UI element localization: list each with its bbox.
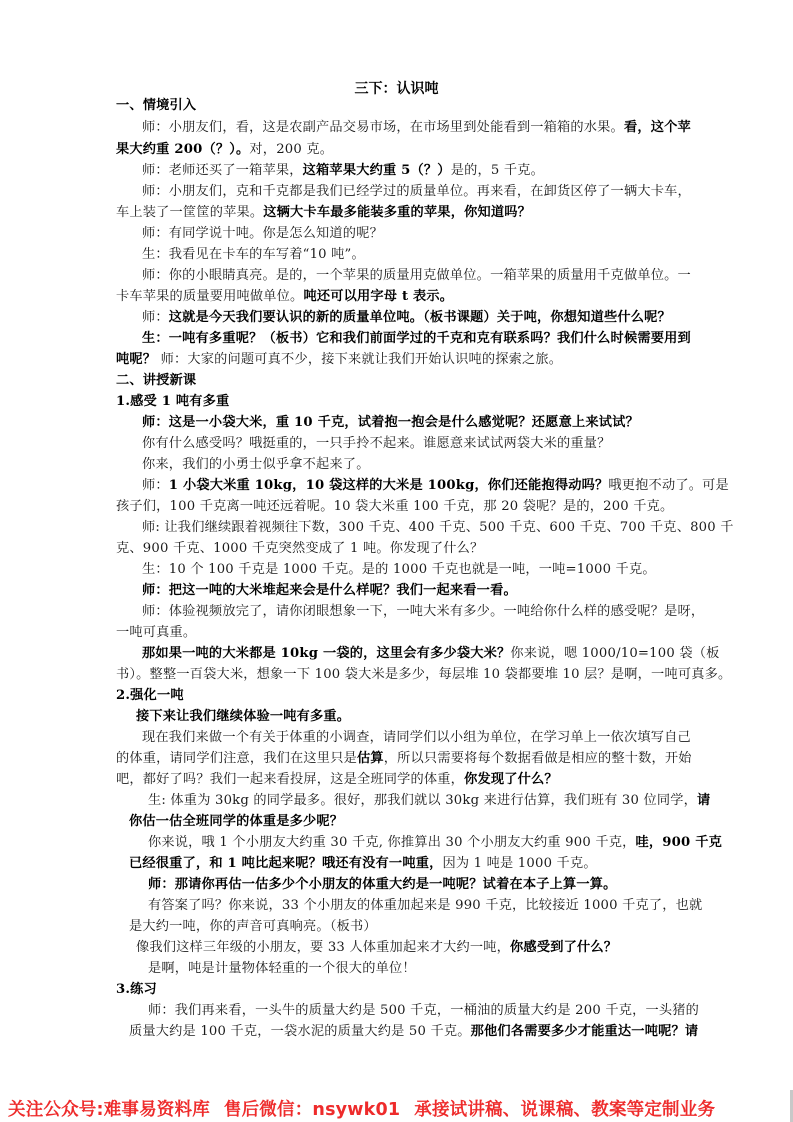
document-title: 三下：认识吨 — [0, 78, 793, 98]
paragraph-line: 吨呢？ 师：大家的问题可真不少，接下来就让我们开始认识吨的探索之旅。 — [116, 350, 562, 370]
bold-text: 1 小袋大米重 10kg，10 袋这样的大米是 100kg，你们还能抱得动吗？ — [169, 478, 609, 493]
promo-footer-banner: 关注公众号:难事易资料库售后微信：nsywk01承接试讲稿、说课稿、教案等定制业… — [8, 1096, 793, 1121]
text: 师：大家的问题可真不少，接下来就让我们开始认识吨的探索之旅。 — [156, 352, 562, 367]
text: 你来说，哦 1 个小朋友大约重 30 千克, 你推算出 30 个小朋友大约重 9… — [148, 835, 636, 850]
bold-text: 这辆大卡车最多能装多重的苹果，你知道吗？ — [263, 205, 531, 220]
text: 对，200 克。 — [249, 142, 333, 157]
paragraph-line: 孩子们，100 千克离一吨还远着呢。10 袋大米重 100 千克，那 20 袋呢… — [116, 497, 673, 517]
paragraph-line: 师：那请你再估一估多少个小朋友的体重大约是一吨呢？试着在本子上算一算。 — [148, 875, 617, 895]
text: 哦更抱不动了。可是 — [608, 478, 729, 493]
paragraph-line: 师：小朋友们，看，这是农副产品交易市场，在市场里到处能看到一箱箱的水果。看，这个… — [142, 118, 691, 138]
bold-text: 你发现了什么？ — [464, 772, 558, 787]
paragraph-line: 师：这是一小袋大米，重 10 千克，试着抱一抱会是什么感觉呢？还愿意上来试试？ — [142, 413, 639, 433]
text: ，所以只需要将每个数据看做是相应的整十数，开始 — [384, 751, 692, 766]
text: 师：小朋友们，看，这是农副产品交易市场，在市场里到处能看到一箱箱的水果。 — [142, 120, 624, 135]
paragraph-line: 克、900 千克、1000 千克突然变成了 1 吨。你发现了什么？ — [116, 539, 483, 559]
text: 师： — [142, 478, 169, 493]
paragraph-line: 生：我看见在卡车的车写着“10 吨”。 — [142, 245, 365, 265]
paragraph-line: 质量大约是 100 千克，一袋水泥的质量大约是 50 千克。那他们各需要多少才能… — [129, 1022, 698, 1042]
text: 质量大约是 100 千克，一袋水泥的质量大约是 50 千克。 — [129, 1024, 471, 1039]
bold-text: 请 — [697, 793, 710, 808]
paragraph-line: 你有什么感受吗？哦挺重的，一只手拎不起来。谁愿意来试试两袋大米的重量？ — [142, 434, 611, 454]
text: 的体重，请同学们注意，我们在这里只是 — [116, 751, 357, 766]
paragraph-line: 师：你的小眼睛真亮。是的，一个苹果的质量用克做单位。一箱苹果的质量用千克做单位。… — [142, 266, 691, 286]
bold-text: 这箱苹果大约重 5（？） — [303, 163, 451, 178]
paragraph-line: 现在我们来做一个有关于体重的小调查，请同学们以小组为单位，在学习单上一依次填写自… — [142, 728, 691, 748]
bold-text: 看，这个苹 — [624, 120, 691, 135]
paragraph-line: 车上装了一筐筐的苹果。这辆大卡车最多能装多重的苹果，你知道吗？ — [116, 203, 531, 223]
paragraph-line: 卡车苹果的质量要用吨做单位。吨还可以用字母 t 表示。 — [116, 287, 453, 307]
paragraph-line: 的体重，请同学们注意，我们在这里只是估算，所以只需要将每个数据看做是相应的整十数… — [116, 749, 692, 769]
paragraph-line: 书）。整整一百袋大米，想象一下 100 袋大米是多少，每层堆 10 袋都要堆 1… — [116, 665, 731, 685]
paragraph-line: 是大约一吨，你的声音可真响亮。（板书） — [129, 917, 377, 937]
section-heading-intro: 一、情境引入 — [116, 96, 196, 116]
paragraph-line: 师：有同学说十吨。你是怎么知道的呢？ — [142, 224, 383, 244]
text: 像我们这样三年级的小朋友，要 33 人体重加起来才大约一吨， — [136, 940, 510, 955]
subsection-heading-feel-one-ton: 1.感受 1 吨有多重 — [116, 392, 229, 412]
paragraph-line: 已经很重了，和 1 吨比起来呢？哦还有没有一吨重，因为 1 吨是 1000 千克… — [129, 854, 597, 874]
text: 是的，5 千克。 — [451, 163, 544, 178]
paragraph-line: 接下来让我们继续体验一吨有多重。 — [136, 707, 350, 727]
paragraph-line: 生: 体重为 30kg 的同学最多。很好，那我们就以 30kg 来进行估算，我们… — [148, 791, 710, 811]
bold-text: 那他们各需要多少才能重达一吨呢？请 — [471, 1024, 699, 1039]
paragraph-line: 师：老师还买了一箱苹果，这箱苹果大约重 5（？）是的，5 千克。 — [142, 161, 544, 181]
bold-text: 已经很重了，和 1 吨比起来呢？哦还有没有一吨重， — [129, 856, 442, 871]
paragraph-line: 生：10 个 100 千克是 1000 千克。是的 1000 千克也就是一吨，一… — [142, 560, 656, 580]
bold-text: 哇，900 千克 — [636, 835, 722, 850]
paragraph-line: 师：小朋友们，克和千克都是我们已经学过的质量单位。再来看，在卸货区停了一辆大卡车… — [142, 182, 691, 202]
subsection-heading-reinforce-ton: 2.强化一吨 — [116, 686, 184, 706]
paragraph-line: 像我们这样三年级的小朋友，要 33 人体重加起来才大约一吨，你感受到了什么？ — [136, 938, 617, 958]
text: 吧，都好了吗？我们一起来看投屏，这是全班同学的体重， — [116, 772, 464, 787]
bold-text: 你感受到了什么？ — [510, 940, 617, 955]
section-heading-new-lesson: 二、讲授新课 — [116, 371, 196, 391]
text: 车上装了一筐筐的苹果。 — [116, 205, 263, 220]
footer-services: 承接试讲稿、说课稿、教案等定制业务 — [414, 1100, 715, 1120]
paragraph-line: 师: 让我们继续跟着视频往下数，300 千克、400 千克、500 千克、600… — [142, 518, 734, 538]
text: 你来说，嗯 1000/10=100 袋（板 — [510, 646, 719, 661]
paragraph-line: 师：这就是今天我们要认识的新的质量单位吨。（板书课题）关于吨，你想知道些什么呢？ — [142, 308, 671, 328]
text: 因为 1 吨是 1000 千克。 — [442, 856, 596, 871]
footer-wechat-account: 关注公众号:难事易资料库 — [8, 1100, 210, 1120]
paragraph-line: 师：体验视频放完了，请你闭眼想象一下，一吨大米有多少。一吨给你什么样的感受呢？是… — [142, 602, 704, 622]
bold-text: 吨还可以用字母 t 表示。 — [303, 289, 453, 304]
paragraph-line: 是啊，吨是计量物体轻重的一个很大的单位！ — [148, 959, 416, 979]
text: 师： — [142, 310, 169, 325]
bold-text: 吨呢？ — [116, 352, 156, 367]
subsection-heading-practice: 3.练习 — [116, 980, 157, 1000]
paragraph-line: 你来，我们的小勇士似乎拿不起来了。 — [142, 455, 370, 475]
paragraph-line: 你来说，哦 1 个小朋友大约重 30 千克, 你推算出 30 个小朋友大约重 9… — [148, 833, 722, 853]
bold-text: 果大约重 200（？）。 — [116, 142, 249, 157]
paragraph-line: 一吨可真重。 — [116, 623, 196, 643]
paragraph-line: 生：一吨有多重呢？（板书）它和我们前面学过的千克和克有联系吗？我们什么时候需要用… — [142, 329, 691, 349]
text: 卡车苹果的质量要用吨做单位。 — [116, 289, 303, 304]
paragraph-line: 那如果一吨的大米都是 10kg 一袋的，这里会有多少袋大米？你来说，嗯 1000… — [142, 644, 719, 664]
text: 师：老师还买了一箱苹果， — [142, 163, 303, 178]
bold-text: 估算 — [357, 751, 384, 766]
paragraph-line: 果大约重 200（？）。对，200 克。 — [116, 140, 333, 160]
paragraph-line: 你估一估全班同学的体重是多少呢？ — [129, 812, 343, 832]
bold-text: 那如果一吨的大米都是 10kg 一袋的，这里会有多少袋大米？ — [142, 646, 510, 661]
footer-support-wechat: 售后微信：nsywk01 — [224, 1100, 400, 1120]
paragraph-line: 师：把这一吨的大米堆起来会是什么样呢？我们一起来看一看。 — [142, 581, 517, 601]
text: 生: 体重为 30kg 的同学最多。很好，那我们就以 30kg 来进行估算，我们… — [148, 793, 697, 808]
paragraph-line: 有答案了吗？你来说，33 个小朋友的体重加起来是 990 千克，比较接近 100… — [148, 896, 702, 916]
paragraph-line: 师：我们再来看，一头牛的质量大约是 500 千克，一桶油的质量大约是 200 千… — [148, 1001, 699, 1021]
document-page: 三下：认识吨 一、情境引入 师：小朋友们，看，这是农副产品交易市场，在市场里到处… — [0, 0, 793, 1122]
bold-text: 这就是今天我们要认识的新的质量单位吨。（板书课题）关于吨，你想知道些什么呢？ — [169, 310, 671, 325]
paragraph-line: 师：1 小袋大米重 10kg，10 袋这样的大米是 100kg，你们还能抱得动吗… — [142, 476, 729, 496]
paragraph-line: 吧，都好了吗？我们一起来看投屏，这是全班同学的体重，你发现了什么？ — [116, 770, 558, 790]
